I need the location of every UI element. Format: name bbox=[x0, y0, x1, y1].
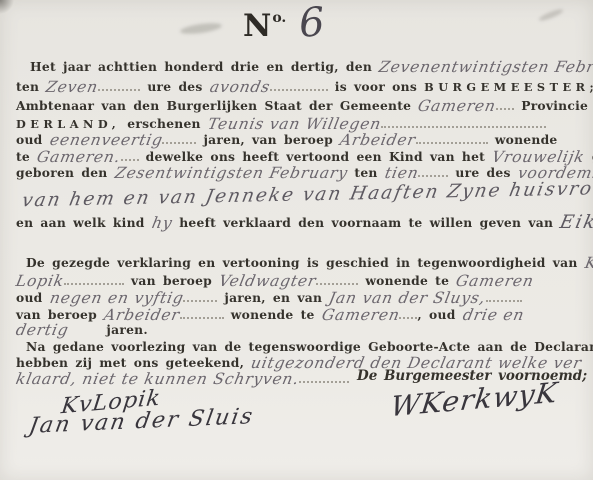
dotted-fill-line bbox=[183, 290, 217, 302]
record-number-letter: N bbox=[243, 8, 272, 44]
dotted-fill-line bbox=[316, 273, 358, 285]
handwritten-entry: Gameren bbox=[417, 98, 498, 115]
document-line: De gezegde verklaring en vertooning is g… bbox=[26, 253, 593, 272]
record-number-label: No. bbox=[243, 8, 286, 44]
printed-text: te bbox=[16, 149, 37, 164]
printed-text: erschenen bbox=[120, 116, 208, 131]
dotted-fill-line bbox=[496, 98, 514, 110]
printed-text: jaren, en van bbox=[217, 290, 329, 305]
printed-text: ten bbox=[347, 165, 384, 180]
printed-text: van beroep bbox=[124, 273, 219, 288]
blank-gap bbox=[68, 333, 106, 334]
burgemeester-label: De Burgemeester voornoemd; bbox=[357, 368, 587, 384]
document-line: van hem en van Jenneke van Haaften Zyne … bbox=[22, 179, 593, 212]
document-line: en aan welk kind hy heeft verklaard den … bbox=[16, 213, 593, 233]
printed-text: oud bbox=[16, 290, 50, 305]
document-line: klaard, niet te kunnen Schryven. bbox=[16, 369, 349, 388]
document-line: ten Zeven ure des avonds is voor ons BUR… bbox=[16, 77, 593, 96]
printed-text: dewelke ons heeft vertoond een Kind van … bbox=[139, 149, 493, 164]
handwritten-entry: Zevenentwintigsten February bbox=[377, 59, 593, 76]
printed-text: Ambtenaar van den Burgerlijken Staat der… bbox=[16, 98, 418, 113]
printed-text: wonende bbox=[488, 132, 558, 147]
dotted-fill-line bbox=[121, 149, 139, 161]
printed-text: jaren, van beroep bbox=[196, 132, 340, 147]
printed-text: geboren den bbox=[16, 165, 115, 180]
dotted-fill-line bbox=[418, 165, 448, 177]
dotted-fill-line bbox=[180, 307, 224, 319]
printed-text: Na gedane voorlezing van de tegenswoordi… bbox=[26, 339, 593, 354]
printed-text: ure des bbox=[448, 165, 517, 180]
ink-smudge bbox=[538, 7, 564, 22]
printed-text: en aan welk kind bbox=[16, 215, 152, 230]
document-line: Na gedane voorlezing van de tegenswoordi… bbox=[26, 337, 593, 355]
handwritten-entry: Zesentwintigsten February bbox=[113, 165, 349, 182]
printed-text: geslacht; bbox=[585, 149, 593, 164]
dotted-fill-line bbox=[98, 79, 140, 91]
handwritten-entry: drie en bbox=[461, 307, 525, 324]
record-number-ordinal: o. bbox=[272, 10, 286, 26]
record-number-value: 6 bbox=[297, 0, 326, 47]
document-line: Het jaar achttien honderd drie en dertig… bbox=[30, 57, 593, 76]
printed-text: ure des bbox=[140, 79, 209, 94]
dotted-fill-line bbox=[381, 116, 546, 128]
printed-text: is voor ons bbox=[328, 79, 424, 94]
dotted-fill-line bbox=[399, 307, 417, 319]
printed-text: hebben zij met ons geteekend, bbox=[16, 355, 251, 370]
printed-text: De gezegde verklaring en vertooning is g… bbox=[26, 255, 585, 270]
printed-text: wonende te bbox=[358, 273, 456, 288]
dotted-fill-line bbox=[486, 290, 522, 302]
scanned-birth-record: No. 6 Het jaar achttien honderd drie en … bbox=[0, 0, 593, 480]
printed-text: Het jaar achttien honderd drie en dertig… bbox=[30, 59, 379, 74]
handwritten-entry: Gameren bbox=[320, 307, 401, 324]
printed-text: ten bbox=[16, 79, 46, 94]
printed-text: jaren. bbox=[106, 322, 147, 337]
printed-text: DERLAND, bbox=[16, 117, 120, 131]
handwritten-entry: hy bbox=[150, 215, 174, 232]
dotted-fill-line bbox=[162, 132, 196, 144]
dotted-fill-line bbox=[270, 79, 328, 91]
handwritten-entry: Eike bbox=[558, 213, 593, 233]
printed-text: Provincie bbox=[514, 98, 593, 113]
handwritten-entry: Zeven bbox=[45, 79, 100, 96]
printed-text: , oud bbox=[417, 307, 462, 322]
printed-text: heeft verklaard den voornaam te willen g… bbox=[172, 215, 560, 230]
printed-text: wonende te bbox=[224, 307, 322, 322]
handwritten-entry: avonds bbox=[208, 79, 271, 96]
ink-smudge bbox=[180, 21, 223, 36]
dotted-fill-line bbox=[64, 273, 124, 285]
handwritten-entry: tien bbox=[383, 165, 420, 182]
printed-text: BURGEMEESTER; bbox=[424, 80, 593, 94]
handwritten-entry: van hem en van Jenneke van Haaften Zyne … bbox=[20, 179, 593, 212]
document-line: Ambtenaar van den Burgerlijken Staat der… bbox=[16, 96, 593, 115]
dotted-fill-line bbox=[299, 371, 349, 383]
printed-text: oud bbox=[16, 132, 50, 147]
dotted-fill-line bbox=[416, 132, 488, 144]
